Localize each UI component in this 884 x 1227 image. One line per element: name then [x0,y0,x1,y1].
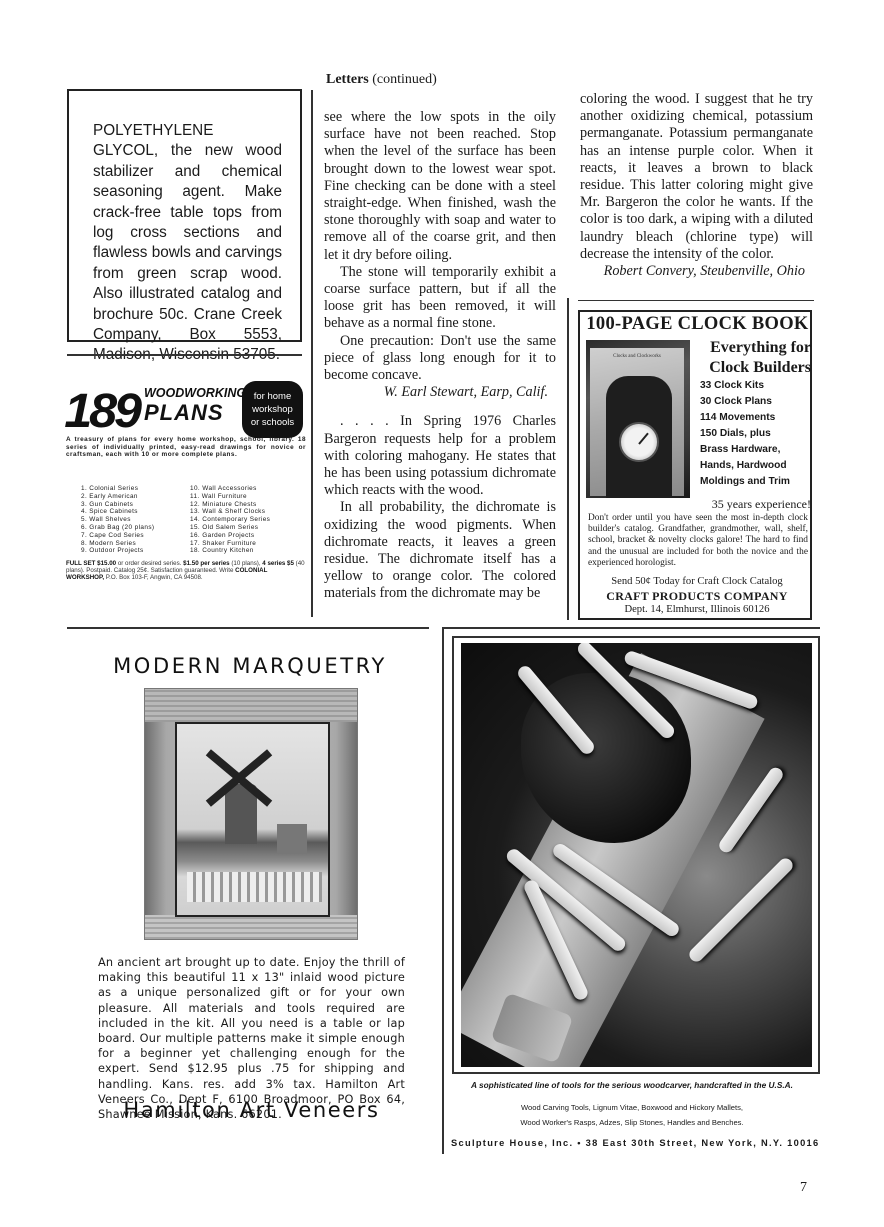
letter-signature: W. Earl Stewart, Earp, Calif. [324,384,556,401]
experience-claim: 35 years experience! [693,497,811,512]
list-item: 12. Miniature Chests [190,501,270,509]
letters-column-right: coloring the wood. I suggest that he try… [580,91,813,280]
order-text: (10 plans), [230,560,263,567]
column-divider [567,298,569,620]
list-item: Brass Hardware, [700,442,790,458]
letters-column-middle: see where the low spots in the oily surf… [324,109,556,603]
list-item: 11. Wall Furniture [190,493,270,501]
list-item: 1. Colonial Series [81,485,154,493]
plans-count: 189 [64,384,139,439]
windmill-inlay-image [175,722,330,917]
marquetry-headline: MODERN MARQUETRY [110,654,390,678]
ad-headline: 100-PAGE CLOCK BOOK [585,314,810,335]
paragraph: In all probability, the dichromate is ox… [324,499,556,602]
paragraph: One precaution: Don't use the same piece… [324,333,556,385]
letter-signature: Robert Convery, Steubenville, Ohio [580,263,813,280]
page-number: 7 [800,1180,807,1196]
list-item: 15. Old Salem Series [190,524,270,532]
carving-tools-photo [461,643,812,1067]
list-item: Moldings and Trim [700,474,790,490]
subheadline-line: Clock Builders [693,358,811,378]
polyethylene-glycol-ad: POLYETHYLENE GLYCOL, the new wood stabil… [67,89,302,342]
divider [67,627,429,629]
fence-shape [187,872,322,902]
column-divider [311,90,313,617]
divider [442,627,820,629]
paragraph: coloring the wood. I suggest that he try… [580,91,813,263]
photo-caption: A sophisticated line of tools for the se… [440,1080,824,1090]
divider [442,627,444,1154]
continued-note: (continued) [372,72,437,87]
plans-order-info: FULL SET $15.00 or order desired series.… [66,560,306,582]
list-item: Hands, Hardwood [700,458,790,474]
list-item: 150 Dials, plus [700,426,790,442]
ad-subheadline: Everything for Clock Builders [693,338,811,377]
company-address: Dept. 14, Elmhurst, Illinois 60126 [586,604,808,615]
list-item: 14. Contemporary Series [190,516,270,524]
chisel-icon [687,856,796,965]
four-series-price: 4 series $5 [262,560,294,567]
product-line: Wood Worker's Rasps, Adzes, Slip Stones,… [440,1118,824,1127]
company-address: Sculpture House, Inc. • 38 East 30th Str… [451,1138,823,1148]
house-shape [277,824,307,854]
order-text: or order desired series. [116,560,183,567]
list-item: 13. Wall & Shelf Clocks [190,508,270,516]
list-item: 16. Garden Projects [190,532,270,540]
full-set-price: FULL SET $15.00 [66,560,116,567]
marquetry-picture-frame [144,688,358,940]
list-item: 30 Clock Plans [700,394,790,410]
badge-line: workshop [242,403,303,416]
badge-line: for home [242,390,303,403]
list-item: 7. Cape Cod Series [81,532,154,540]
product-line: Wood Carving Tools, Lignum Vitae, Boxwoo… [440,1103,824,1112]
catalog-cover-title: Clocks and Clockworks [594,354,680,359]
paragraph: see where the low spots in the oily surf… [324,109,556,264]
series-list-1: 1. Colonial Series 2. Early American 3. … [81,485,154,555]
audience-badge: for home workshop or schools [242,381,303,438]
list-item: 5. Wall Shelves [81,516,154,524]
plans-intro: A treasury of plans for every home works… [66,436,306,459]
list-item: 2. Early American [81,493,154,501]
list-item: 17. Shaker Furniture [190,540,270,548]
subheadline-line: Everything for [693,338,811,358]
list-item: 18. Country Kitchen [190,547,270,555]
plans-title-line-2: PLANS [144,400,224,426]
series-list-2: 10. Wall Accessories 11. Wall Furniture … [190,485,270,555]
company-address: P.O. Box 103-F, Angwin, CA 94508. [104,574,203,581]
badge-line: or schools [242,416,303,429]
ad-description: Don't order until you have seen the most… [588,513,808,569]
list-item: 6. Grab Bag (20 plans) [81,524,154,532]
paragraph: . . . . In Spring 1976 Charles Bargeron … [324,413,556,499]
divider [578,300,814,301]
company-name: CRAFT PRODUCTS COMPANY [586,589,808,604]
section-label: Letters [326,72,369,87]
clock-book-ad: 100-PAGE CLOCK BOOK Clocks and Clockwork… [578,310,812,620]
list-item: 4. Spice Cabinets [81,508,154,516]
running-header: Letters (continued) [326,72,437,88]
list-item: 10. Wall Accessories [190,485,270,493]
ad-text: POLYETHYLENE GLYCOL, the new wood stabil… [93,121,282,366]
per-series-price: $1.50 per series [183,560,229,567]
list-item: 114 Movements [700,410,790,426]
woodworking-plans-ad: 189 WOODWORKING PLANS for home workshop … [66,378,306,598]
call-to-action: Send 50¢ Today for Craft Clock Catalog [586,576,808,587]
clock-catalog-photo: Clocks and Clockworks [586,340,690,498]
marquetry-brand: Hamilton Art Veneers [98,1098,405,1122]
list-item: 33 Clock Kits [700,378,790,394]
list-item: 3. Gun Cabinets [81,501,154,509]
plans-title-line-1: WOODWORKING [144,386,246,400]
list-item: 8. Modern Series [81,540,154,548]
divider [67,354,302,356]
paragraph: The stone will temporarily exhibit a coa… [324,264,556,333]
feature-list: 33 Clock Kits 30 Clock Plans 114 Movemen… [700,378,790,490]
list-item: 9. Outdoor Projects [81,547,154,555]
